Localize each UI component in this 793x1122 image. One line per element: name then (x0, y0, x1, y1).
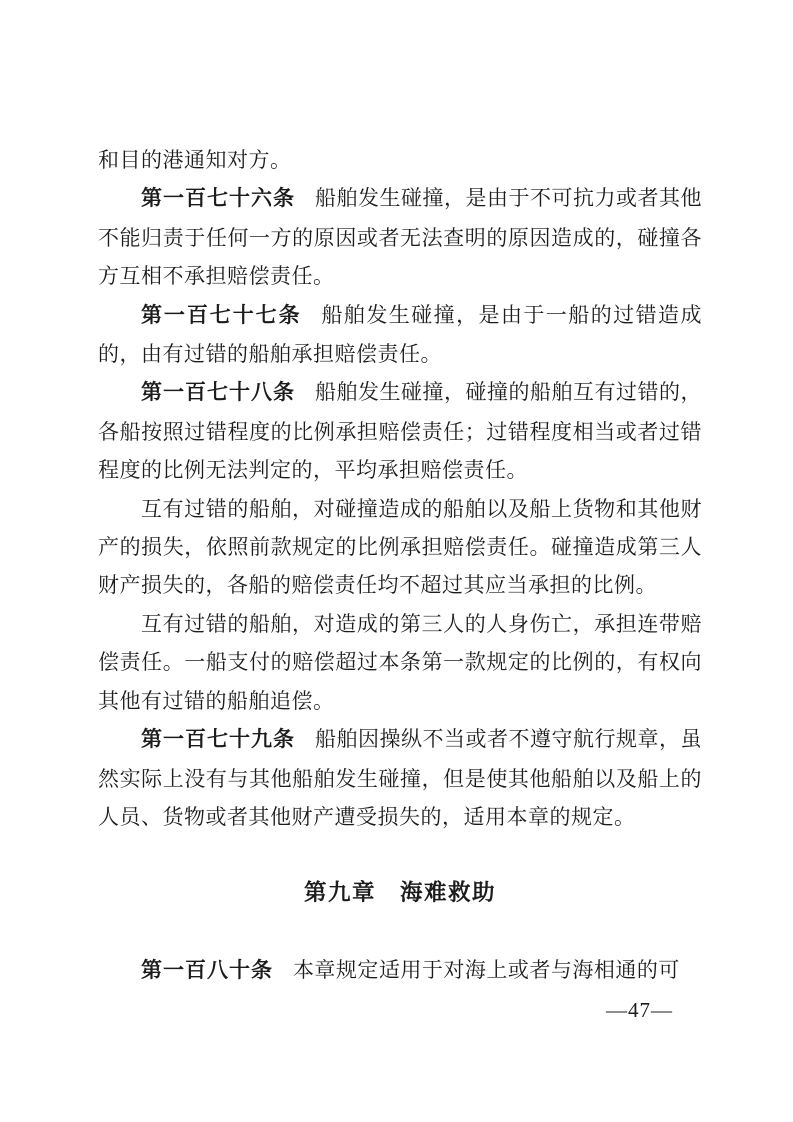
article-177-label: 第一百七十七条 (141, 304, 302, 327)
paragraph-continuation: 和目的港通知对方。 (98, 141, 702, 179)
article-178-clause-2: 互有过错的船舶，对碰撞造成的船舶以及船上货物和其他财产的损失，依照前款规定的比例… (98, 490, 702, 605)
article-178-label: 第一百七十八条 (141, 381, 295, 404)
article-176-label: 第一百七十六条 (141, 187, 295, 210)
chapter-9-heading: 第九章 海难救助 (98, 874, 702, 912)
article-179-label: 第一百七十九条 (141, 728, 295, 751)
page-number: —47— (606, 998, 673, 1023)
page-body-text: 和目的港通知对方。 第一百七十六条船舶发生碰撞，是由于不可抗力或者其他不能归责于… (98, 141, 702, 990)
document-page: 和目的港通知对方。 第一百七十六条船舶发生碰撞，是由于不可抗力或者其他不能归责于… (0, 0, 793, 1122)
article-177: 第一百七十七条船舶发生碰撞，是由于一船的过错造成的，由有过错的船舶承担赔偿责任。 (98, 296, 702, 374)
article-180: 第一百八十条本章规定适用于对海上或者与海相通的可 (98, 951, 702, 990)
article-176: 第一百七十六条船舶发生碰撞，是由于不可抗力或者其他不能归责于任何一方的原因或者无… (98, 179, 702, 295)
article-178: 第一百七十八条船舶发生碰撞，碰撞的船舶互有过错的，各船按照过错程度的比例承担赔偿… (98, 373, 702, 489)
article-180-label: 第一百八十条 (141, 959, 273, 982)
article-178-clause-3: 互有过错的船舶，对造成的第三人的人身伤亡，承担连带赔偿责任。一船支付的赔偿超过本… (98, 605, 702, 720)
article-179: 第一百七十九条船舶因操纵不当或者不遵守航行规章，虽然实际上没有与其他船舶发生碰撞… (98, 720, 702, 836)
article-180-text: 本章规定适用于对海上或者与海相通的可 (293, 958, 680, 982)
